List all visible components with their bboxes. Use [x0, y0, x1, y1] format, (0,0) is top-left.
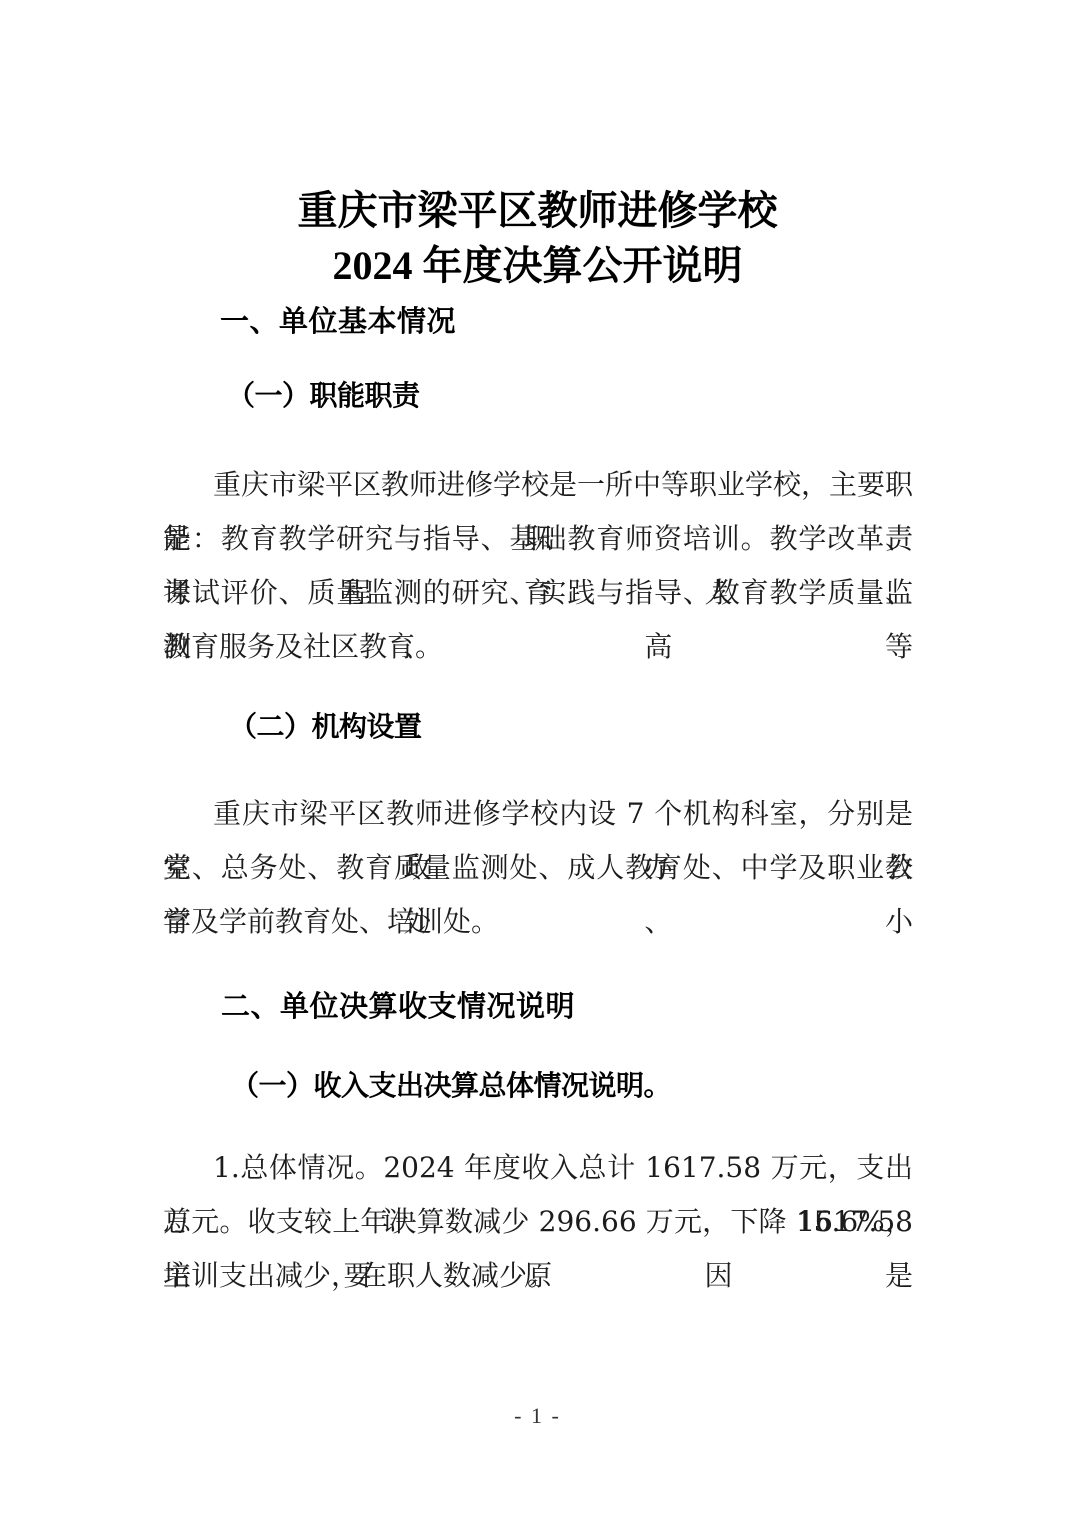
paragraph-line: 室、总务处、教育质量监测处、成人教育处、中学及职业教育处、小 — [163, 841, 913, 895]
document-title-line2: 2024 年度决算公开说明 — [0, 238, 1075, 293]
section2-heading: 二、单位决算收支情况说明 — [221, 985, 575, 1029]
paragraph-line: 1.总体情况。2024 年度收入总计 1617.58 万元，支出总计 1617.… — [163, 1141, 913, 1195]
section1-sub2-heading: （二）机构设置 — [229, 706, 422, 750]
paragraph-line: 考试评价、质量监测的研究、实践与指导、教育教学质量监测、高等 — [163, 566, 913, 620]
paragraph-line: 重庆市梁平区教师进修学校是一所中等职业学校，主要职能职责 — [163, 458, 913, 512]
section1-sub1-paragraph: 重庆市梁平区教师进修学校是一所中等职业学校，主要职能职责 是：教育教学研究与指导… — [163, 458, 913, 674]
paragraph-line: 重庆市梁平区教师进修学校内设 7 个机构科室，分别是党政办公 — [163, 787, 913, 841]
section2-sub1-heading: （一）收入支出决算总体情况说明。 — [231, 1065, 671, 1109]
paragraph-line: 是：教育教学研究与指导、基础教育师资培训。教学改革、课程育人、 — [163, 512, 913, 566]
section2-sub1-paragraph: 1.总体情况。2024 年度收入总计 1617.58 万元，支出总计 1617.… — [163, 1141, 913, 1303]
document-title-line1: 重庆市梁平区教师进修学校 — [0, 183, 1075, 238]
paragraph-line: 万元。收支较上年决算数减少 296.66 万元，下降 15.6%，主要原因是 — [163, 1195, 913, 1249]
section1-sub2-paragraph: 重庆市梁平区教师进修学校内设 7 个机构科室，分别是党政办公 室、总务处、教育质… — [163, 787, 913, 949]
document-page: 重庆市梁平区教师进修学校 2024 年度决算公开说明 一、单位基本情况 （一）职… — [0, 0, 1075, 1520]
page-number: - 1 - — [0, 1402, 1075, 1430]
section1-heading: 一、单位基本情况 — [220, 300, 456, 344]
section1-sub1-heading: （一）职能职责 — [227, 375, 420, 419]
